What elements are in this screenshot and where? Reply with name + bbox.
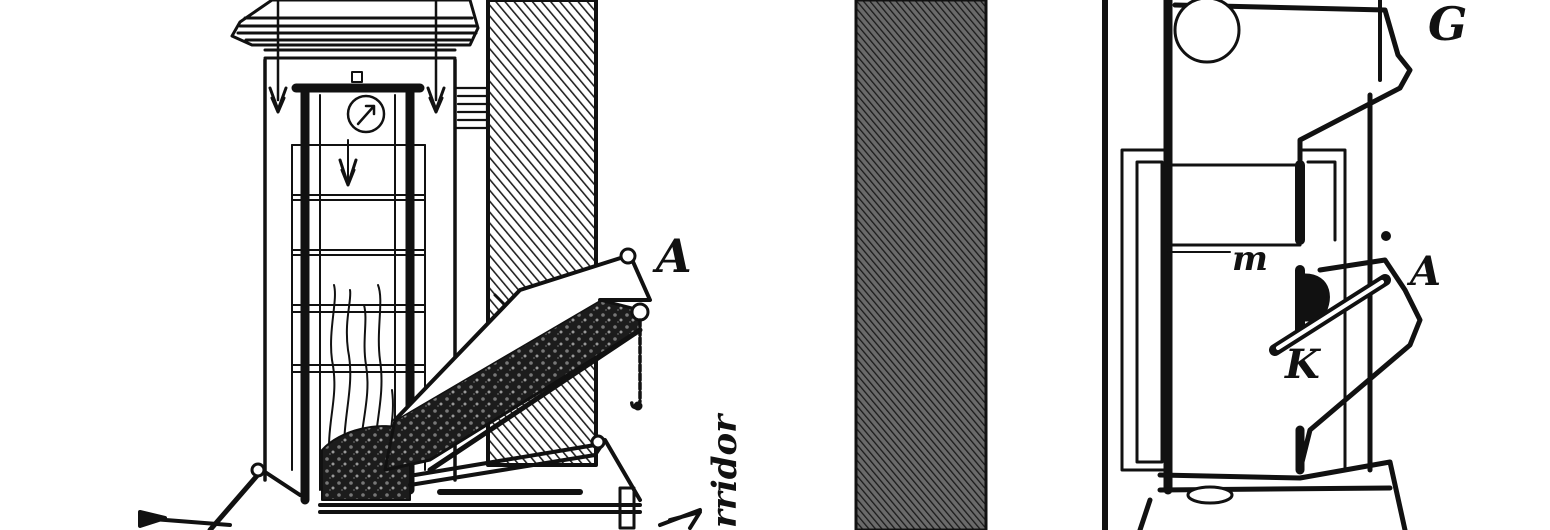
label-top-lid-g: G xyxy=(1428,0,1467,51)
label-hopper-a-left: A xyxy=(652,229,692,283)
label-marker-m: m xyxy=(1232,239,1268,279)
stove-cap xyxy=(232,0,478,58)
stove-diagram: A rridor xyxy=(0,0,1550,530)
right-stove-view: G A m K xyxy=(1105,0,1467,530)
label-corridor: rridor xyxy=(705,413,745,528)
label-lever-k: K xyxy=(1284,341,1322,388)
left-stove-view: A rridor xyxy=(140,0,745,530)
label-hopper-a-right: A xyxy=(1406,248,1441,295)
center-wall-hatched xyxy=(856,0,986,530)
flue-opening-icon xyxy=(1175,0,1239,62)
